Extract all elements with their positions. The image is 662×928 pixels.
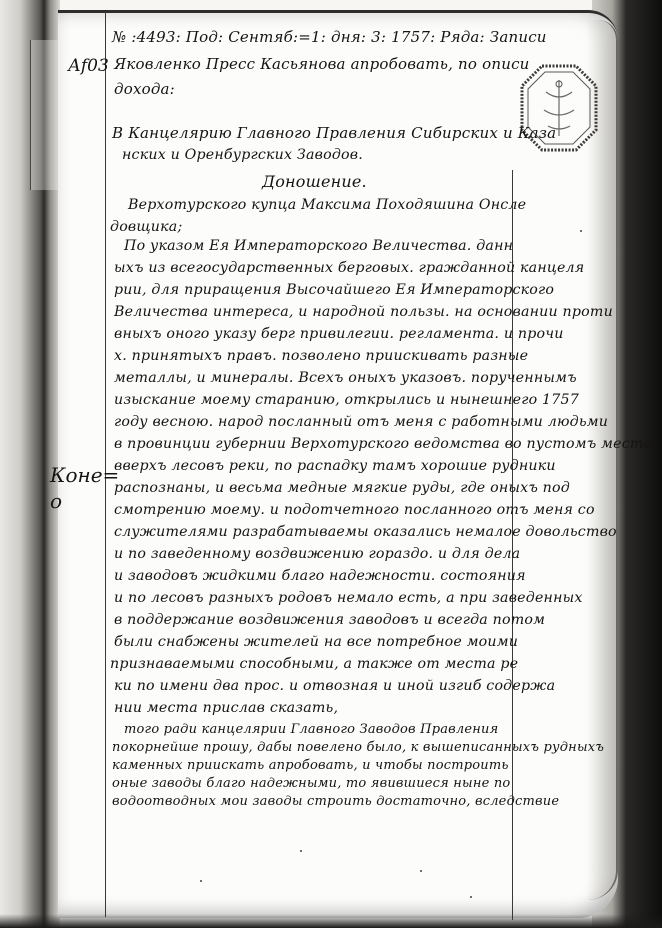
body-line: Величества интереса, и народной пользы. … <box>114 304 613 320</box>
from-line-1: Верхотурского купца Максима Походяшина О… <box>128 197 526 213</box>
body-line: в провинции губернии Верхотурского ведом… <box>114 436 652 452</box>
bottom-shadow <box>0 914 662 928</box>
body-line: и по заведенному воздвижению гораздо. и … <box>114 546 520 562</box>
petition-line: водоотводных мои заводы строить достаточ… <box>112 794 559 809</box>
petition-line: каменных приискать апробовать, и чтобы п… <box>112 758 509 773</box>
body-line: признаваемыми способными, а также от мес… <box>110 656 518 672</box>
body-line: металлы, и минералы. Всехъ оныхъ указовъ… <box>114 370 577 386</box>
header-line-1: № :4493: Под: Сентяб:=1: дня: 3: 1757: Р… <box>112 28 547 46</box>
body-line: служителями разрабатываемы оказались нем… <box>114 524 617 540</box>
header-line-2: Яковленко Пресс Касьянова апробовать, по… <box>114 55 530 73</box>
margin-annotation: Коне= о <box>50 462 119 514</box>
body-line: и по лесовъ разныхъ родовъ немало есть, … <box>114 590 583 606</box>
addressee-line-2: нских и Оренбургских Заводов. <box>122 147 363 163</box>
petition-line: того ради канцелярии Главного Заводов Пр… <box>124 722 498 737</box>
body-line: году весною. народ посланный отъ меня с … <box>114 414 608 430</box>
body-line: вныхъ оного указу берг привилегии. регла… <box>114 326 564 342</box>
body-line: ыхъ из всегосударственных берговых. граж… <box>114 260 584 276</box>
body-line: х. принятыхъ правъ. позволено приискиват… <box>114 348 528 364</box>
margin-folio-number: Аf03 <box>68 56 109 76</box>
body-line: вверхъ лесовъ реки, по распадку тамъ хор… <box>114 458 556 474</box>
body-line: были снабжены жителей на все потребное м… <box>114 634 518 650</box>
petition-line: оные заводы благо надежными, то явившиес… <box>112 776 510 791</box>
document-title: Доношение. <box>262 172 367 191</box>
header-line-3: дохода: <box>114 80 175 98</box>
body-line: По указом Ея Императорского Величества. … <box>124 238 513 254</box>
body-line: в поддержание воздвижения заводовъ и все… <box>114 612 545 628</box>
body-line: рии, для приращения Высочайшего Ея Импер… <box>114 282 554 298</box>
addressee-line-1: В Канцелярию Главного Правления Сибирски… <box>112 124 556 142</box>
body-line: ки по имени два прос. и отвозная и иной … <box>114 678 555 694</box>
body-line: распознаны, и весьма медные мягкие руды,… <box>114 480 570 496</box>
body-line: изыскание моему старанию, открылись и ны… <box>114 392 579 408</box>
body-line: нии места прислав сказать, <box>114 700 338 716</box>
body-line: смотрению моему. и подотчетного посланно… <box>114 502 595 518</box>
body-line: и заводовъ жидкими благо надежности. сос… <box>114 568 526 584</box>
petition-line: покорнейше прошу, дабы повелено было, к … <box>112 740 604 755</box>
from-line-2: довщика; <box>110 219 182 235</box>
document-scan: Аf03 № :4493: Под: Сентяб:=1: дня: 3: 17… <box>0 0 662 928</box>
